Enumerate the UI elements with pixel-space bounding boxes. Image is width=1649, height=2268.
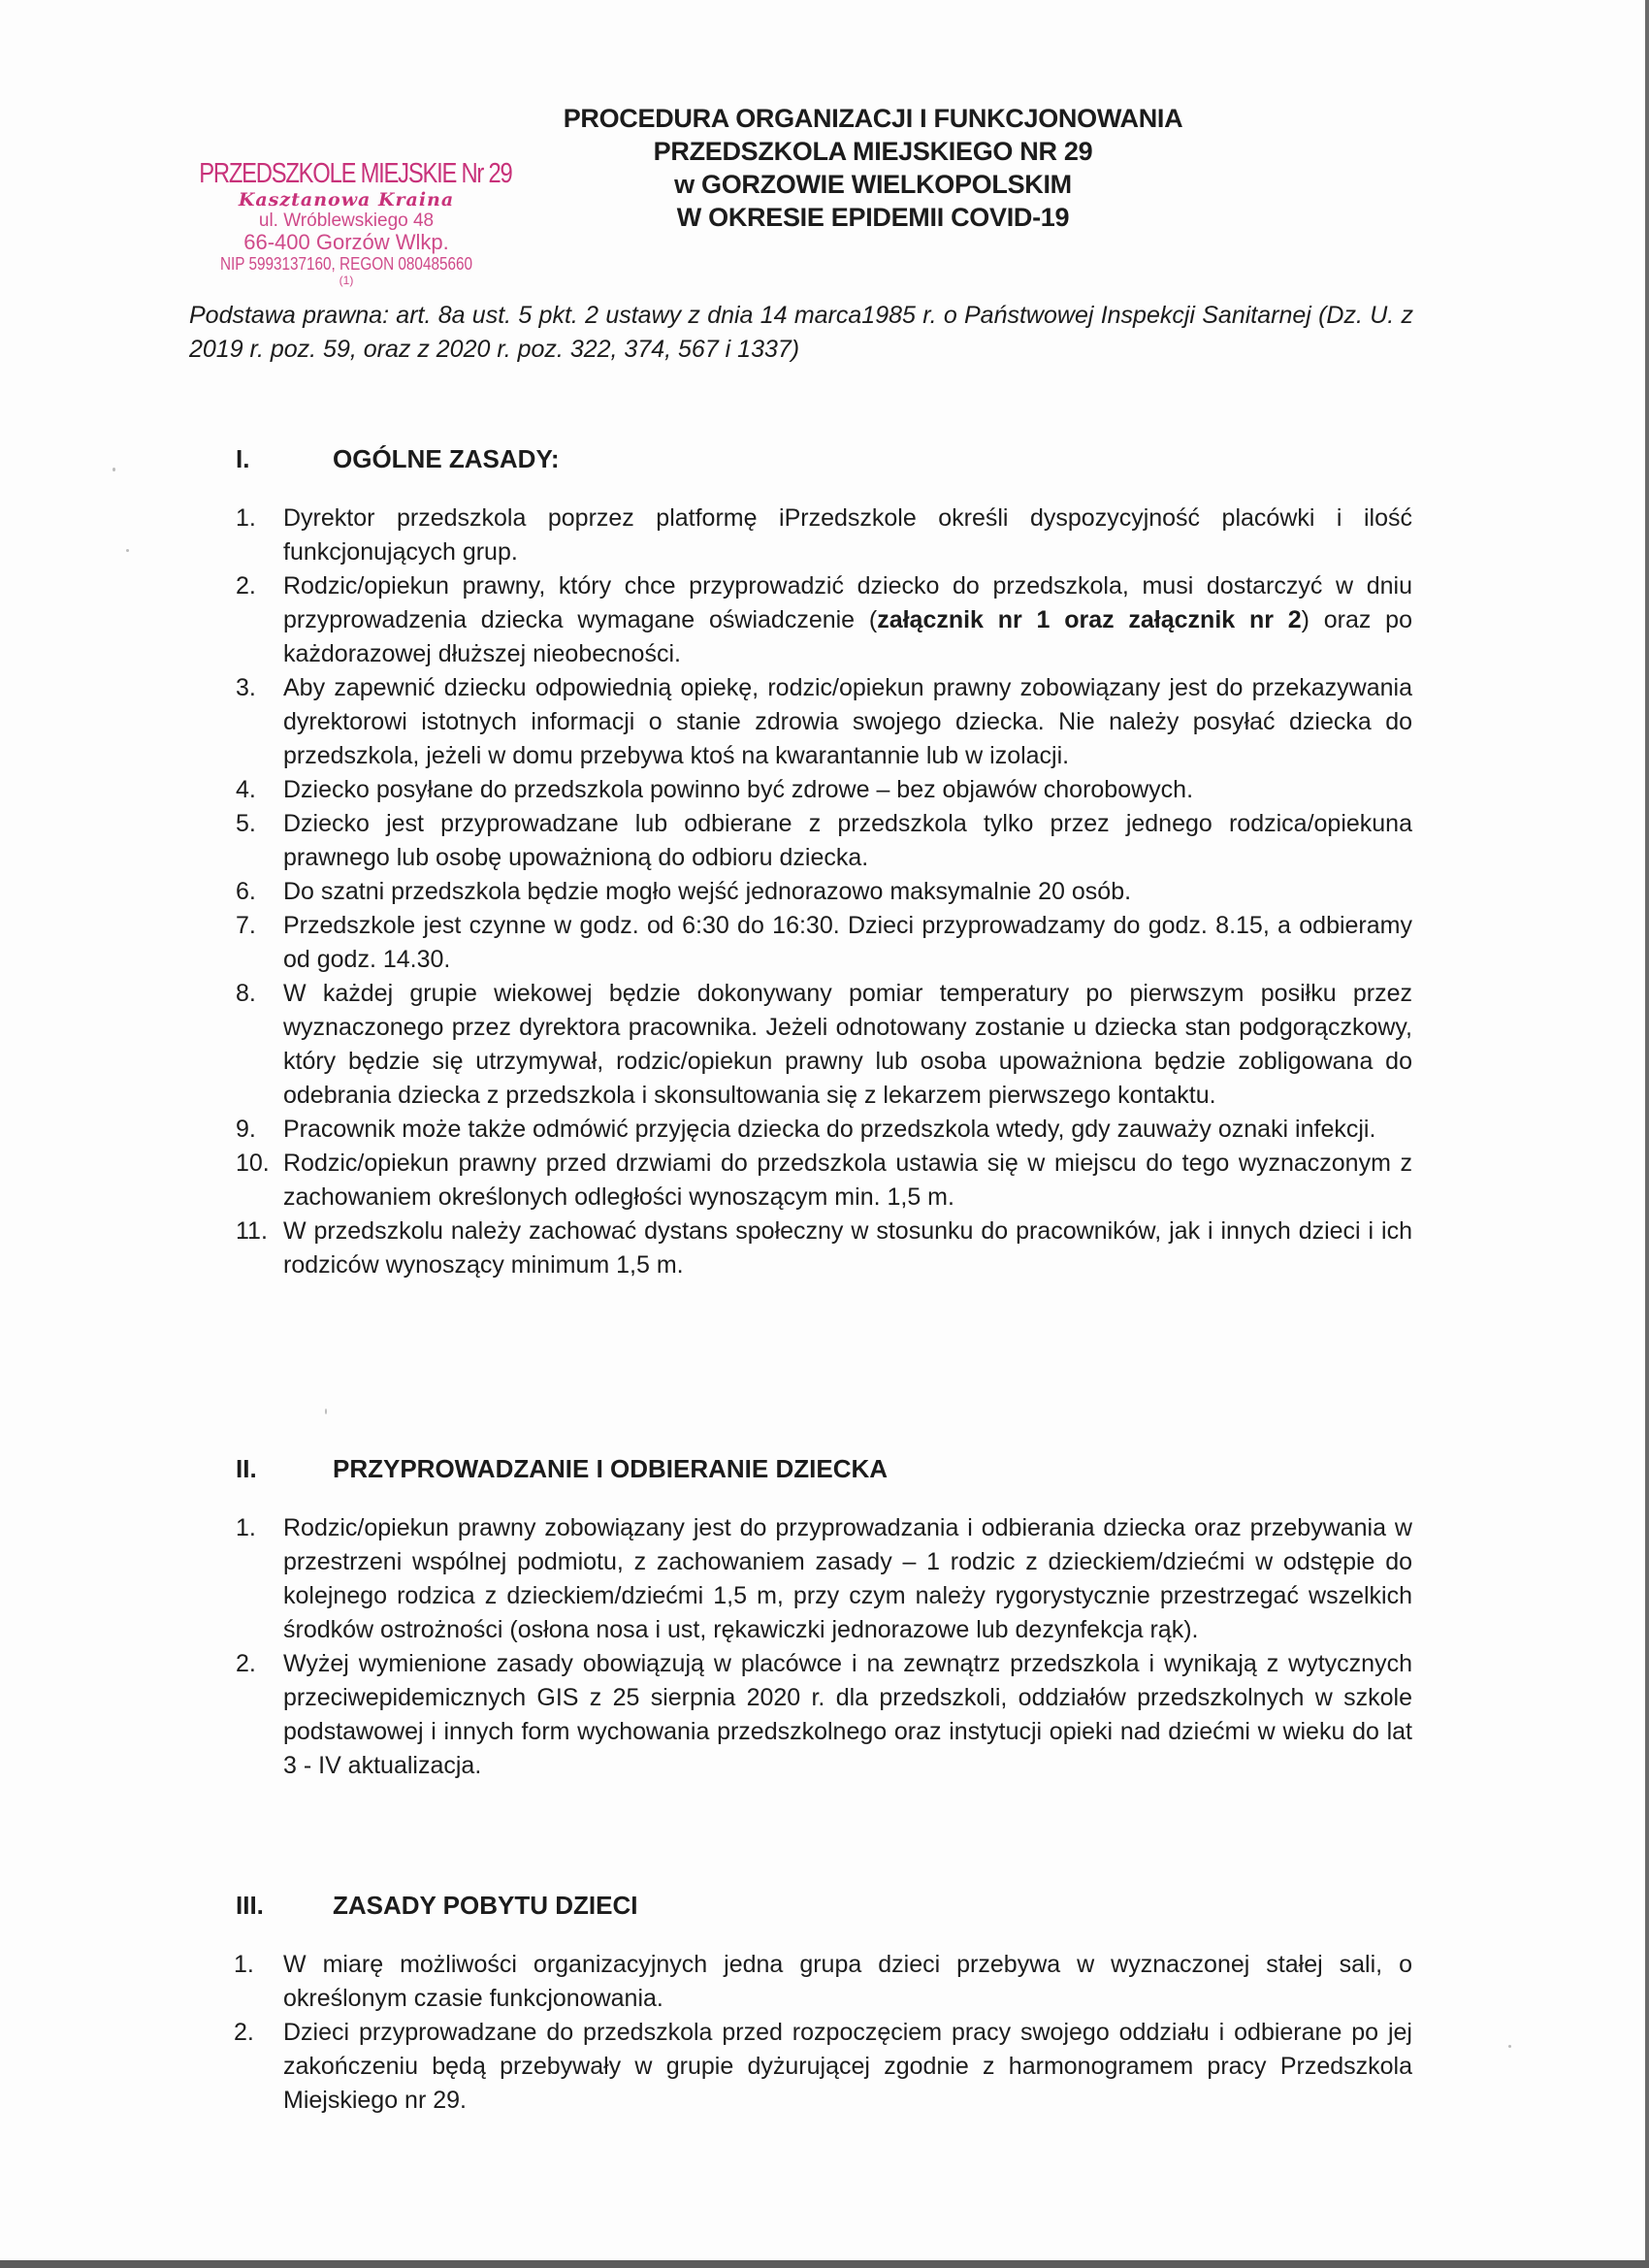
- scan-speck: [325, 1409, 327, 1414]
- stamp-subtitle: Kasztanowa Kraina: [167, 189, 526, 211]
- scan-speck: [113, 468, 115, 471]
- title-line: PRZEDSZKOLA MIEJSKIEGO NR 29: [388, 135, 1358, 168]
- item-text: Wyżej wymienione zasady obowiązują w pla…: [283, 1650, 1412, 1779]
- item-text: Dziecko jest przyprowadzane lub odbieran…: [283, 810, 1412, 871]
- item-number: 4.: [236, 773, 256, 807]
- section-heading-2: II. PRZYPROWADZANIE I ODBIERANIE DZIECKA: [236, 1452, 1419, 1485]
- list-item: 7.Przedszkole jest czynne w godz. od 6:3…: [236, 909, 1412, 977]
- item-text: Aby zapewnić dziecku odpowiednią opiekę,…: [283, 674, 1412, 769]
- item-number: 2.: [234, 2016, 254, 2050]
- item-text: Dzieci przyprowadzane do przedszkola prz…: [283, 2019, 1412, 2114]
- section-title: ZASADY POBYTU DZIECI: [333, 1889, 637, 1922]
- item-text: Do szatni przedszkola będzie mogło wejść…: [283, 878, 1131, 905]
- item-number: 1.: [234, 1948, 254, 1982]
- list-item: 1.Dyrektor przedszkola poprzez platformę…: [236, 502, 1412, 569]
- section-2-list: 1.Rodzic/opiekun prawny zobowiązany jest…: [236, 1511, 1412, 1783]
- scan-speck: [1508, 2045, 1511, 2048]
- section-numeral: II.: [236, 1452, 333, 1485]
- list-item: 5.Dziecko jest przyprowadzane lub odbier…: [236, 807, 1412, 875]
- list-item: 6.Do szatni przedszkola będzie mogło wej…: [236, 875, 1412, 909]
- list-item: 11.W przedszkolu należy zachować dystans…: [236, 1215, 1412, 1282]
- list-item: 1.Rodzic/opiekun prawny zobowiązany jest…: [236, 1511, 1412, 1647]
- section-heading-1: I. OGÓLNE ZASADY:: [236, 442, 1419, 475]
- list-item: 2.Rodzic/opiekun prawny, który chce przy…: [236, 569, 1412, 671]
- item-number: 6.: [236, 875, 256, 909]
- section-1-list: 1.Dyrektor przedszkola poprzez platformę…: [236, 502, 1412, 1282]
- item-number: 10.: [236, 1147, 270, 1181]
- item-number: 8.: [236, 977, 256, 1011]
- item-text: Przedszkole jest czynne w godz. od 6:30 …: [283, 912, 1412, 973]
- list-item: 2.Wyżej wymienione zasady obowiązują w p…: [236, 1647, 1412, 1783]
- stamp-index: (1): [167, 275, 526, 286]
- item-number: 2.: [236, 1647, 256, 1681]
- item-number: 5.: [236, 807, 256, 841]
- item-number: 1.: [236, 502, 256, 535]
- scan-border-right: [1645, 0, 1649, 2268]
- stamp-name: PRZEDSZKOLE MIEJSKIE Nr 29: [199, 158, 493, 189]
- section-numeral: III.: [236, 1889, 333, 1922]
- title-line: w GORZOWIE WIELKOPOLSKIM: [388, 168, 1358, 201]
- stamp-city: 66-400 Gorzów Wlkp.: [167, 231, 526, 254]
- section-title: PRZYPROWADZANIE I ODBIERANIE DZIECKA: [333, 1452, 888, 1485]
- list-item: 8.W każdej grupie wiekowej będzie dokony…: [236, 977, 1412, 1113]
- item-text: W miarę możliwości organizacyjnych jedna…: [283, 1951, 1412, 2012]
- item-number: 3.: [236, 671, 256, 705]
- item-text-bold: załącznik nr 1 oraz załącznik nr 2: [877, 606, 1301, 633]
- scan-speck: [126, 549, 129, 552]
- list-item: 10.Rodzic/opiekun prawny przed drzwiami …: [236, 1147, 1412, 1215]
- item-number: 9.: [236, 1113, 256, 1147]
- item-text: W każdej grupie wiekowej będzie dokonywa…: [283, 980, 1412, 1109]
- stamp-street: ul. Wróblewskiego 48: [167, 211, 526, 231]
- list-item: 3.Aby zapewnić dziecku odpowiednią opiek…: [236, 671, 1412, 773]
- list-item: 2.Dzieci przyprowadzane do przedszkola p…: [236, 2016, 1412, 2118]
- section-numeral: I.: [236, 442, 333, 475]
- list-item: 1.W miarę możliwości organizacyjnych jed…: [236, 1948, 1412, 2016]
- item-text: Pracownik może także odmówić przyjęcia d…: [283, 1116, 1375, 1143]
- document-title: PROCEDURA ORGANIZACJI I FUNKCJONOWANIA P…: [388, 102, 1358, 234]
- item-number: 7.: [236, 909, 256, 943]
- institution-stamp: PRZEDSZKOLE MIEJSKIE Nr 29 Kasztanowa Kr…: [167, 158, 526, 286]
- title-line: W OKRESIE EPIDEMII COVID-19: [388, 201, 1358, 234]
- section-title: OGÓLNE ZASADY:: [333, 442, 560, 475]
- scanned-page: PROCEDURA ORGANIZACJI I FUNKCJONOWANIA P…: [0, 0, 1645, 2260]
- item-text: Dyrektor przedszkola poprzez platformę i…: [283, 504, 1412, 566]
- item-text: Dziecko posyłane do przedszkola powinno …: [283, 776, 1193, 803]
- item-number: 11.: [236, 1215, 268, 1248]
- list-item: 9.Pracownik może także odmówić przyjęcia…: [236, 1113, 1412, 1147]
- item-number: 2.: [236, 569, 256, 603]
- list-item: 4.Dziecko posyłane do przedszkola powinn…: [236, 773, 1412, 807]
- title-line: PROCEDURA ORGANIZACJI I FUNKCJONOWANIA: [388, 102, 1358, 135]
- item-text: W przedszkolu należy zachować dystans sp…: [283, 1217, 1412, 1279]
- item-text: Rodzic/opiekun prawny przed drzwiami do …: [283, 1150, 1412, 1211]
- stamp-ids: NIP 5993137160, REGON 080485660: [194, 254, 500, 275]
- legal-basis: Podstawa prawna: art. 8a ust. 5 pkt. 2 u…: [189, 299, 1413, 367]
- scan-border-bottom: [0, 2260, 1649, 2268]
- item-text: Rodzic/opiekun prawny zobowiązany jest d…: [283, 1514, 1412, 1643]
- section-heading-3: III. ZASADY POBYTU DZIECI: [236, 1889, 1419, 1922]
- item-number: 1.: [236, 1511, 256, 1545]
- section-3-list: 1.W miarę możliwości organizacyjnych jed…: [236, 1948, 1412, 2118]
